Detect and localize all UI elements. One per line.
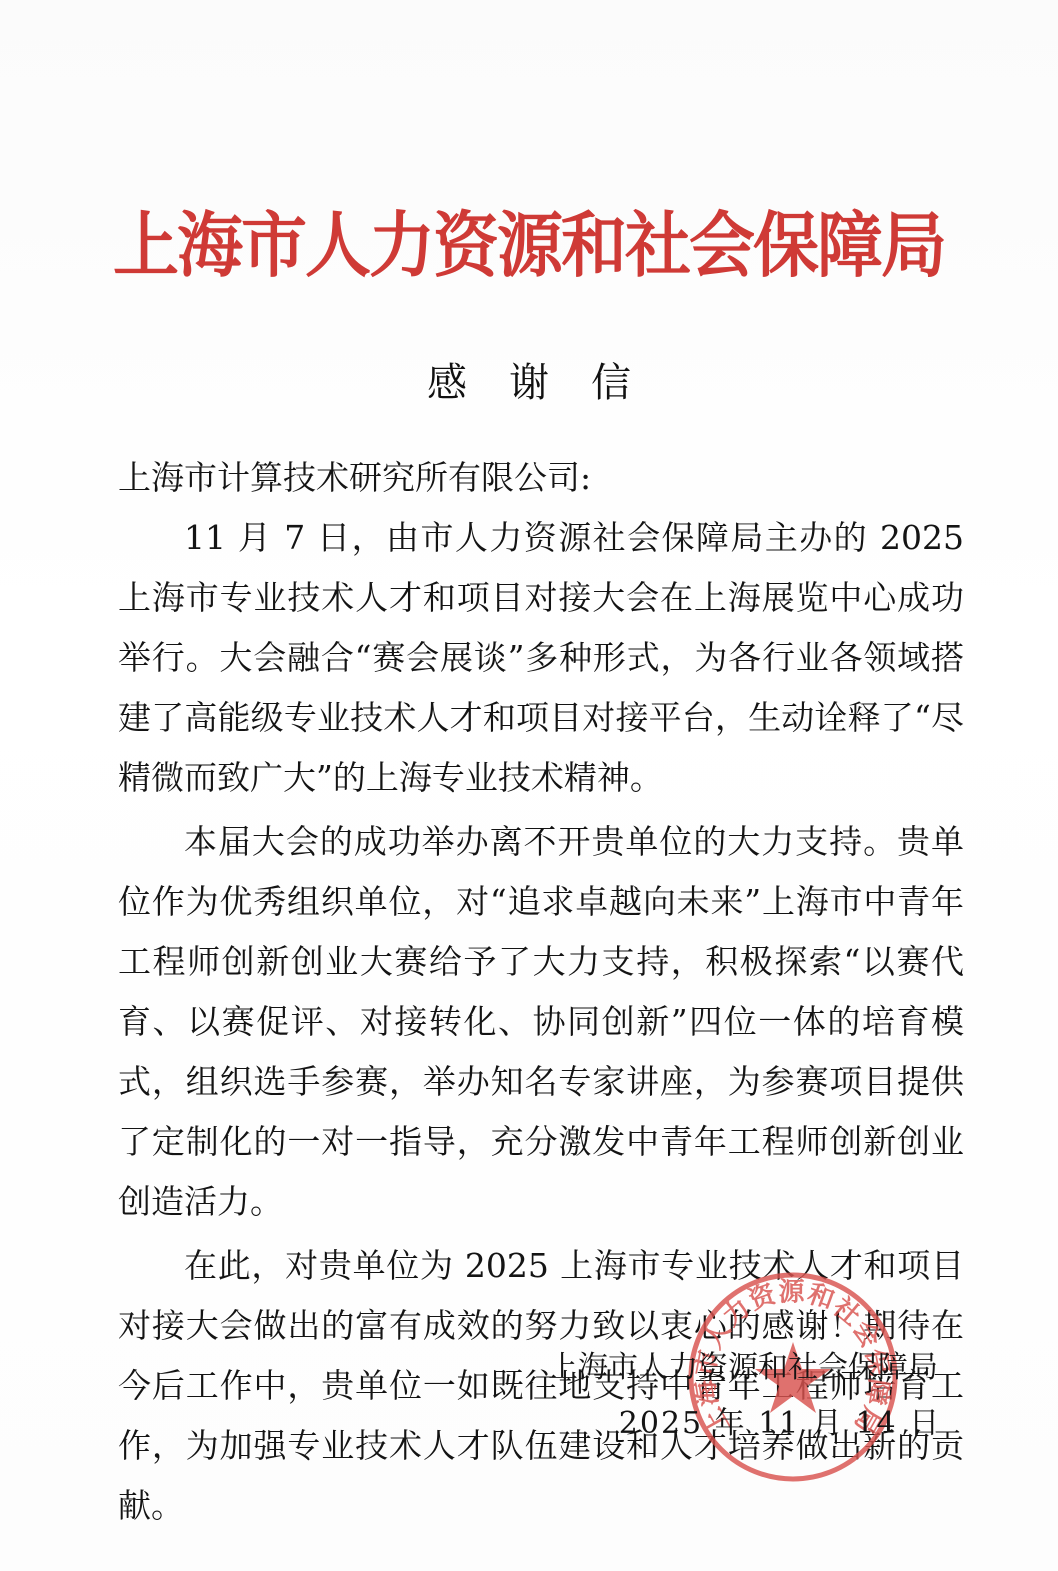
paragraph-2: 本届大会的成功举办离不开贵单位的大力支持。贵单位作为优秀组织单位，对“追求卓越向… bbox=[118, 812, 964, 1232]
signature-date: 2025 年 11 月 14 日 bbox=[540, 1396, 960, 1452]
document-page: 上海市人力资源和社会保障局 感谢信 上海市计算技术研究所有限公司: 11 月 7… bbox=[0, 0, 1058, 1571]
salutation: 上海市计算技术研究所有限公司: bbox=[118, 448, 964, 508]
signature-organization: 上海市人力资源和社会保障局 bbox=[540, 1340, 960, 1396]
document-title: 感谢信 bbox=[0, 355, 1058, 411]
signature-block: 上海市人力资源和社会保障局 2025 年 11 月 14 日 bbox=[540, 1340, 960, 1452]
letterhead-title: 上海市人力资源和社会保障局 bbox=[0, 196, 1058, 293]
paragraph-1: 11 月 7 日，由市人力资源社会保障局主办的 2025 上海市专业技术人才和项… bbox=[118, 508, 964, 808]
